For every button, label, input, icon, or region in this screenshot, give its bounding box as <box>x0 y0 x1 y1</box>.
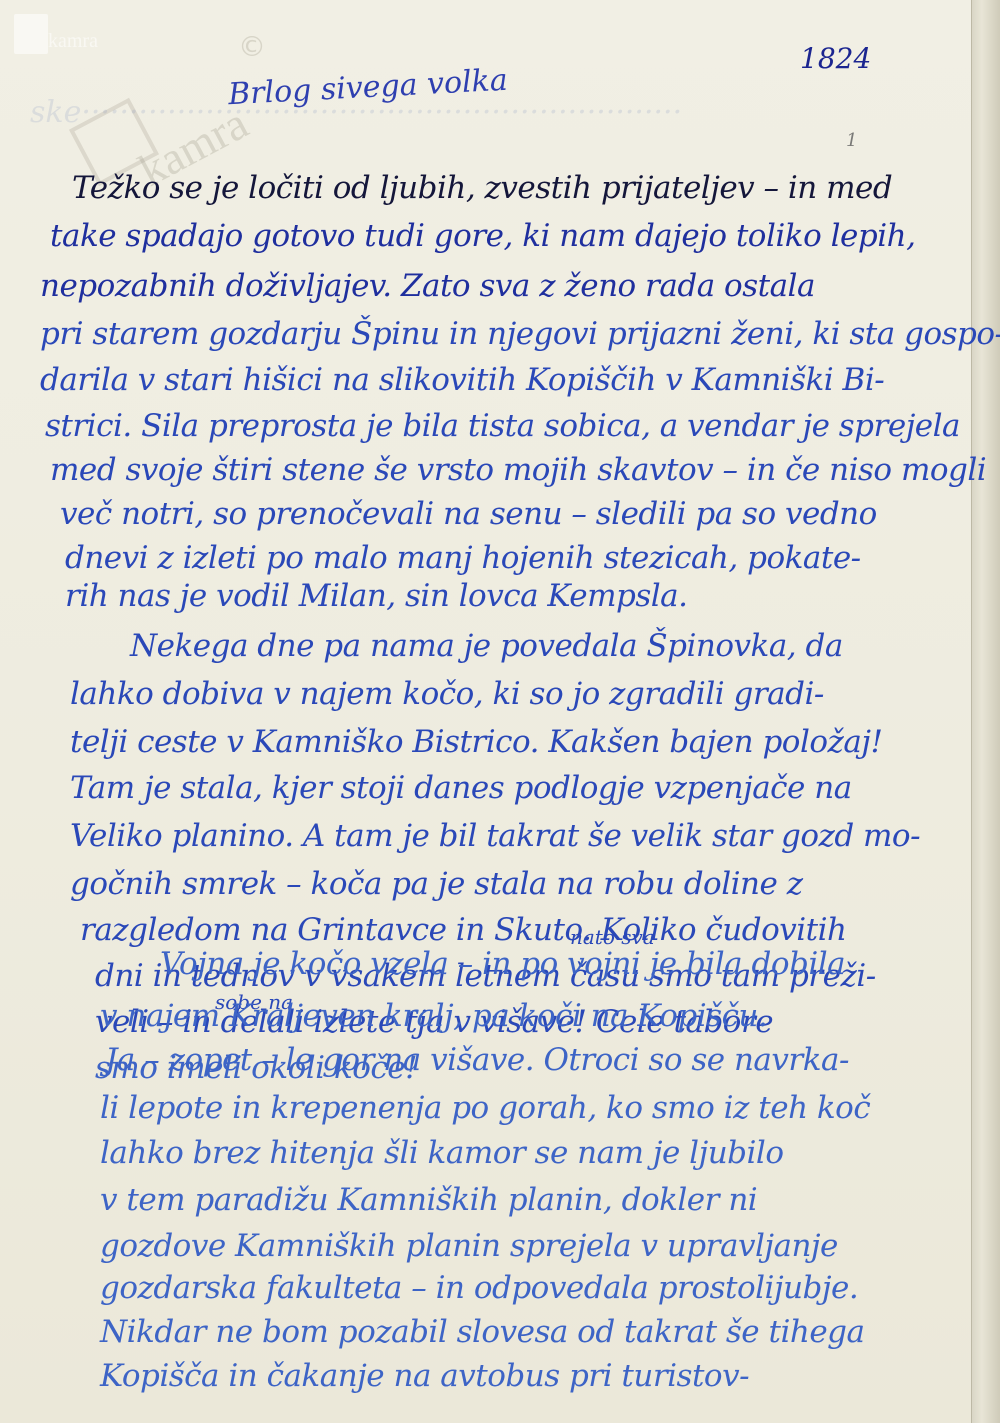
manuscript-line: razgledom na Grintavce in Skuto. Koliko … <box>80 912 847 948</box>
manuscript-line: med svoje štiri stene še vrsto mojih ska… <box>50 452 986 488</box>
manuscript-line: Ja – zopet – le gor na višave. Otroci so… <box>105 1042 849 1078</box>
kamra-logo-text: kamra <box>48 30 98 53</box>
manuscript-line: darila v stari hišici na slikovitih Kopi… <box>40 362 884 398</box>
manuscript-line: nepozabnih doživljajev. Zato sva z ženo … <box>40 268 815 304</box>
page-binding-edge <box>971 0 1000 1423</box>
manuscript-line: Vojna je kočo vzela – in po vojni je bil… <box>160 946 845 982</box>
manuscript-line: Težko se je ločiti od ljubih, zvestih pr… <box>72 170 892 206</box>
manuscript-line: lahko brez hitenja šli kamor se nam je l… <box>100 1135 784 1171</box>
manuscript-line: Veliko planino. A tam je bil takrat še v… <box>70 818 920 854</box>
pencil-page-mark: 1 <box>846 130 857 151</box>
manuscript-line: Kopišča in čakanje na avtobus pri turist… <box>100 1358 749 1394</box>
kamra-logo-icon <box>14 14 48 54</box>
manuscript-line: dnevi z izleti po malo manj hojenih stez… <box>65 540 861 576</box>
page-number: 1824 <box>800 42 871 75</box>
copyright-icon: © <box>238 30 266 63</box>
manuscript-line: li lepote in krepenenja po gorah, ko smo… <box>100 1090 870 1126</box>
manuscript-line: pri starem gozdarju Špinu in njegovi pri… <box>40 316 1000 352</box>
manuscript-line: več notri, so prenočevali na senu – sled… <box>60 496 877 532</box>
manuscript-line: strici. Sila preprosta je bila tista sob… <box>45 408 960 444</box>
manuscript-line: telji ceste v Kamniško Bistrico. Kakšen … <box>70 724 882 760</box>
manuscript-line: v tem paradižu Kamniških planin, dokler … <box>100 1182 757 1218</box>
manuscript-line: gozdove Kamniških planin sprejela v upra… <box>100 1228 838 1264</box>
manuscript-line: rih nas je vodil Milan, sin lovca Kempsl… <box>65 578 688 614</box>
manuscript-line: Tam je stala, kjer stoji danes podlogje … <box>70 770 852 806</box>
manuscript-line: gočnih smrek – koča pa je stala na robu … <box>70 866 803 902</box>
manuscript-line: Nekega dne pa nama je povedala Špinovka,… <box>130 628 843 664</box>
kamra-logo-watermark: kamra <box>14 12 109 58</box>
manuscript-line: v najem Kraljeven kralj, pa koči na Kopi… <box>100 998 767 1034</box>
manuscript-line: take spadajo gotovo tudi gore, ki nam da… <box>50 218 915 254</box>
manuscript-line: gozdarska fakulteta – in odpovedala pros… <box>100 1270 858 1306</box>
manuscript-line: lahko dobiva v najem kočo, ki so jo zgra… <box>70 676 824 712</box>
manuscript-line: Nikdar ne bom pozabil slovesa od takrat … <box>100 1314 865 1350</box>
